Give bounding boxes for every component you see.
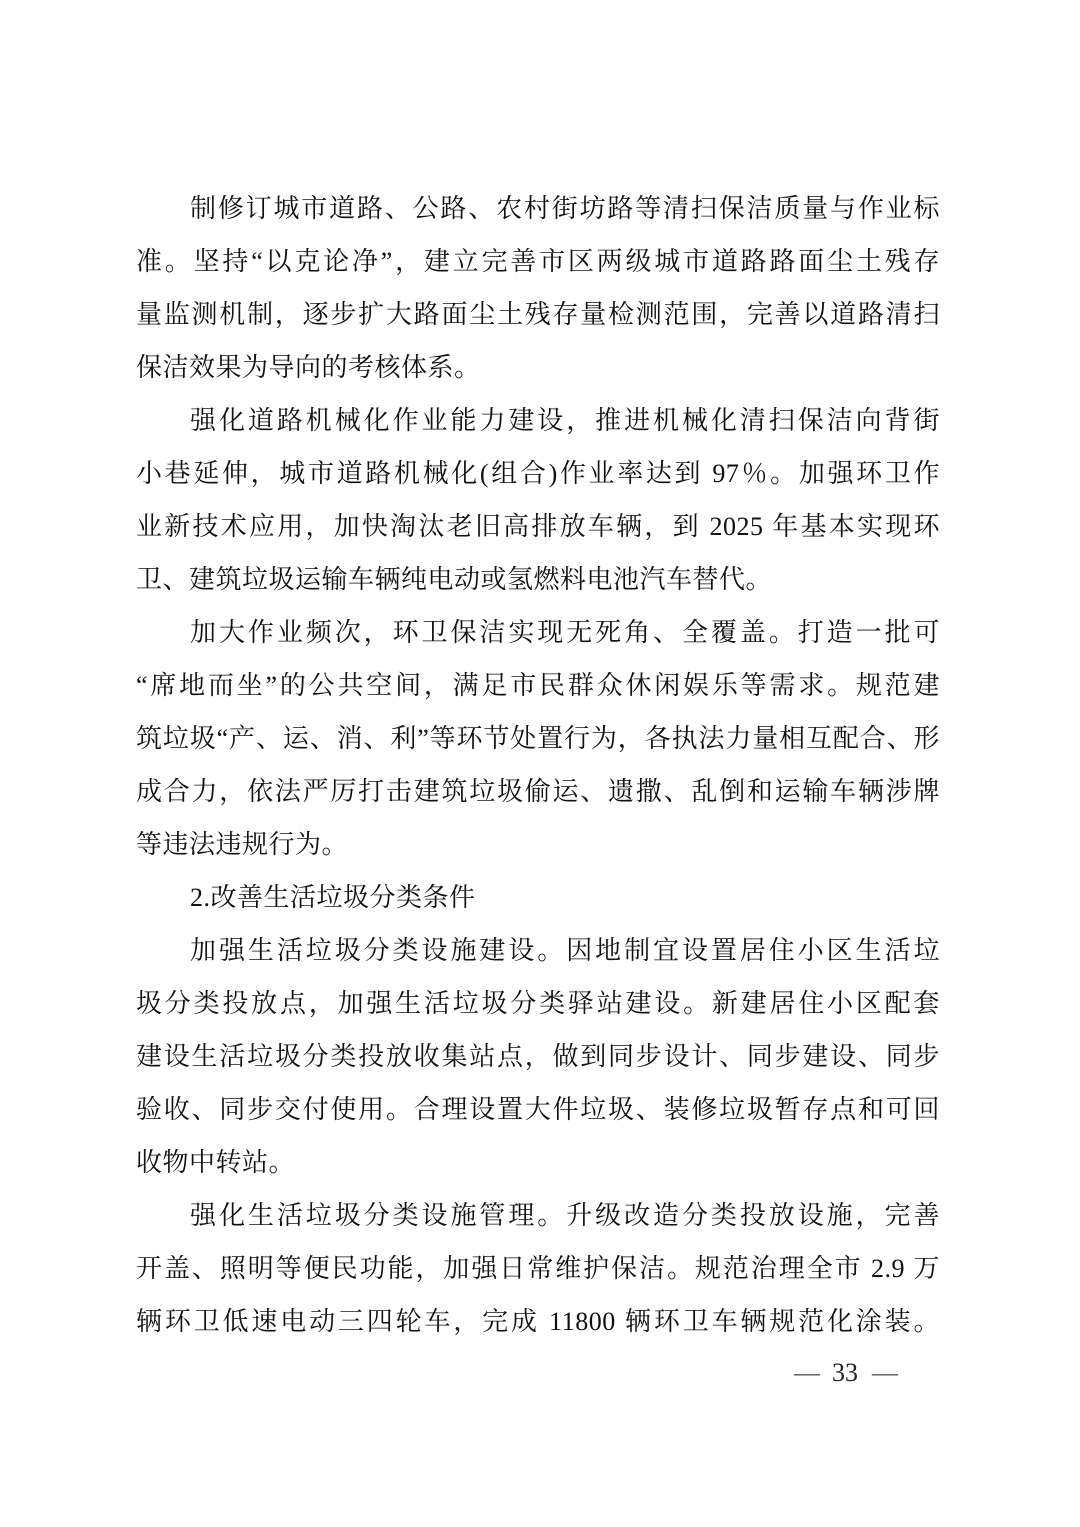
text-line-05: 强化道路机械化作业能力建设，推进机械化清扫保洁向背街 (136, 394, 940, 447)
text-line-18: 验收、同步交付使用。合理设置大件垃圾、装修垃圾暂存点和可回 (136, 1083, 940, 1136)
text-line-03: 量监测机制，逐步扩大路面尘土残存量检测范围，完善以道路清扫 (136, 288, 940, 341)
text-line-21: 开盖、照明等便民功能，加强日常维护保洁。规范治理全市 2.9 万 (136, 1242, 940, 1295)
page-footer: —33— (780, 1358, 910, 1388)
text-line-09: 加大作业频次，环卫保洁实现无死角、全覆盖。打造一批可 (136, 606, 940, 659)
footer-dash-right: — (872, 1358, 896, 1387)
page-number: 33 (832, 1358, 858, 1387)
footer-dash-left: — (794, 1358, 818, 1387)
text-line-16: 圾分类投放点，加强生活垃圾分类驿站建设。新建居住小区配套 (136, 977, 940, 1030)
text-line-12: 成合力，依法严厉打击建筑垃圾偷运、遗撒、乱倒和运输车辆涉牌 (136, 765, 940, 818)
document-page: 制修订城市道路、公路、农村街坊路等清扫保洁质量与作业标 准。坚持“以克论净”，建… (0, 0, 1080, 1527)
text-line-01: 制修订城市道路、公路、农村街坊路等清扫保洁质量与作业标 (136, 182, 940, 235)
text-line-20: 强化生活垃圾分类设施管理。升级改造分类投放设施，完善 (136, 1189, 940, 1242)
text-line-17: 建设生活垃圾分类投放收集站点，做到同步设计、同步建设、同步 (136, 1030, 940, 1083)
text-line-08: 卫、建筑垃圾运输车辆纯电动或氢燃料电池汽车替代。 (136, 553, 940, 606)
text-line-15: 加强生活垃圾分类设施建设。因地制宜设置居住小区生活垃 (136, 924, 940, 977)
text-line-02: 准。坚持“以克论净”，建立完善市区两级城市道路路面尘土残存 (136, 235, 940, 288)
text-line-07: 业新技术应用，加快淘汰老旧高排放车辆，到 2025 年基本实现环 (136, 500, 940, 553)
text-line-19: 收物中转站。 (136, 1136, 940, 1189)
section-heading: 2.改善生活垃圾分类条件 (136, 871, 940, 924)
text-line-11: 筑垃圾“产、运、消、利”等环节处置行为，各执法力量相互配合、形 (136, 712, 940, 765)
document-body: 制修订城市道路、公路、农村街坊路等清扫保洁质量与作业标 准。坚持“以克论净”，建… (136, 182, 940, 1348)
text-line-10: “席地而坐”的公共空间，满足市民群众休闲娱乐等需求。规范建 (136, 659, 940, 712)
text-line-22: 辆环卫低速电动三四轮车，完成 11800 辆环卫车辆规范化涂装。 (136, 1295, 940, 1348)
text-line-06: 小巷延伸，城市道路机械化(组合)作业率达到 97％。加强环卫作 (136, 447, 940, 500)
text-line-04: 保洁效果为导向的考核体系。 (136, 341, 940, 394)
text-line-13: 等违法违规行为。 (136, 818, 940, 871)
